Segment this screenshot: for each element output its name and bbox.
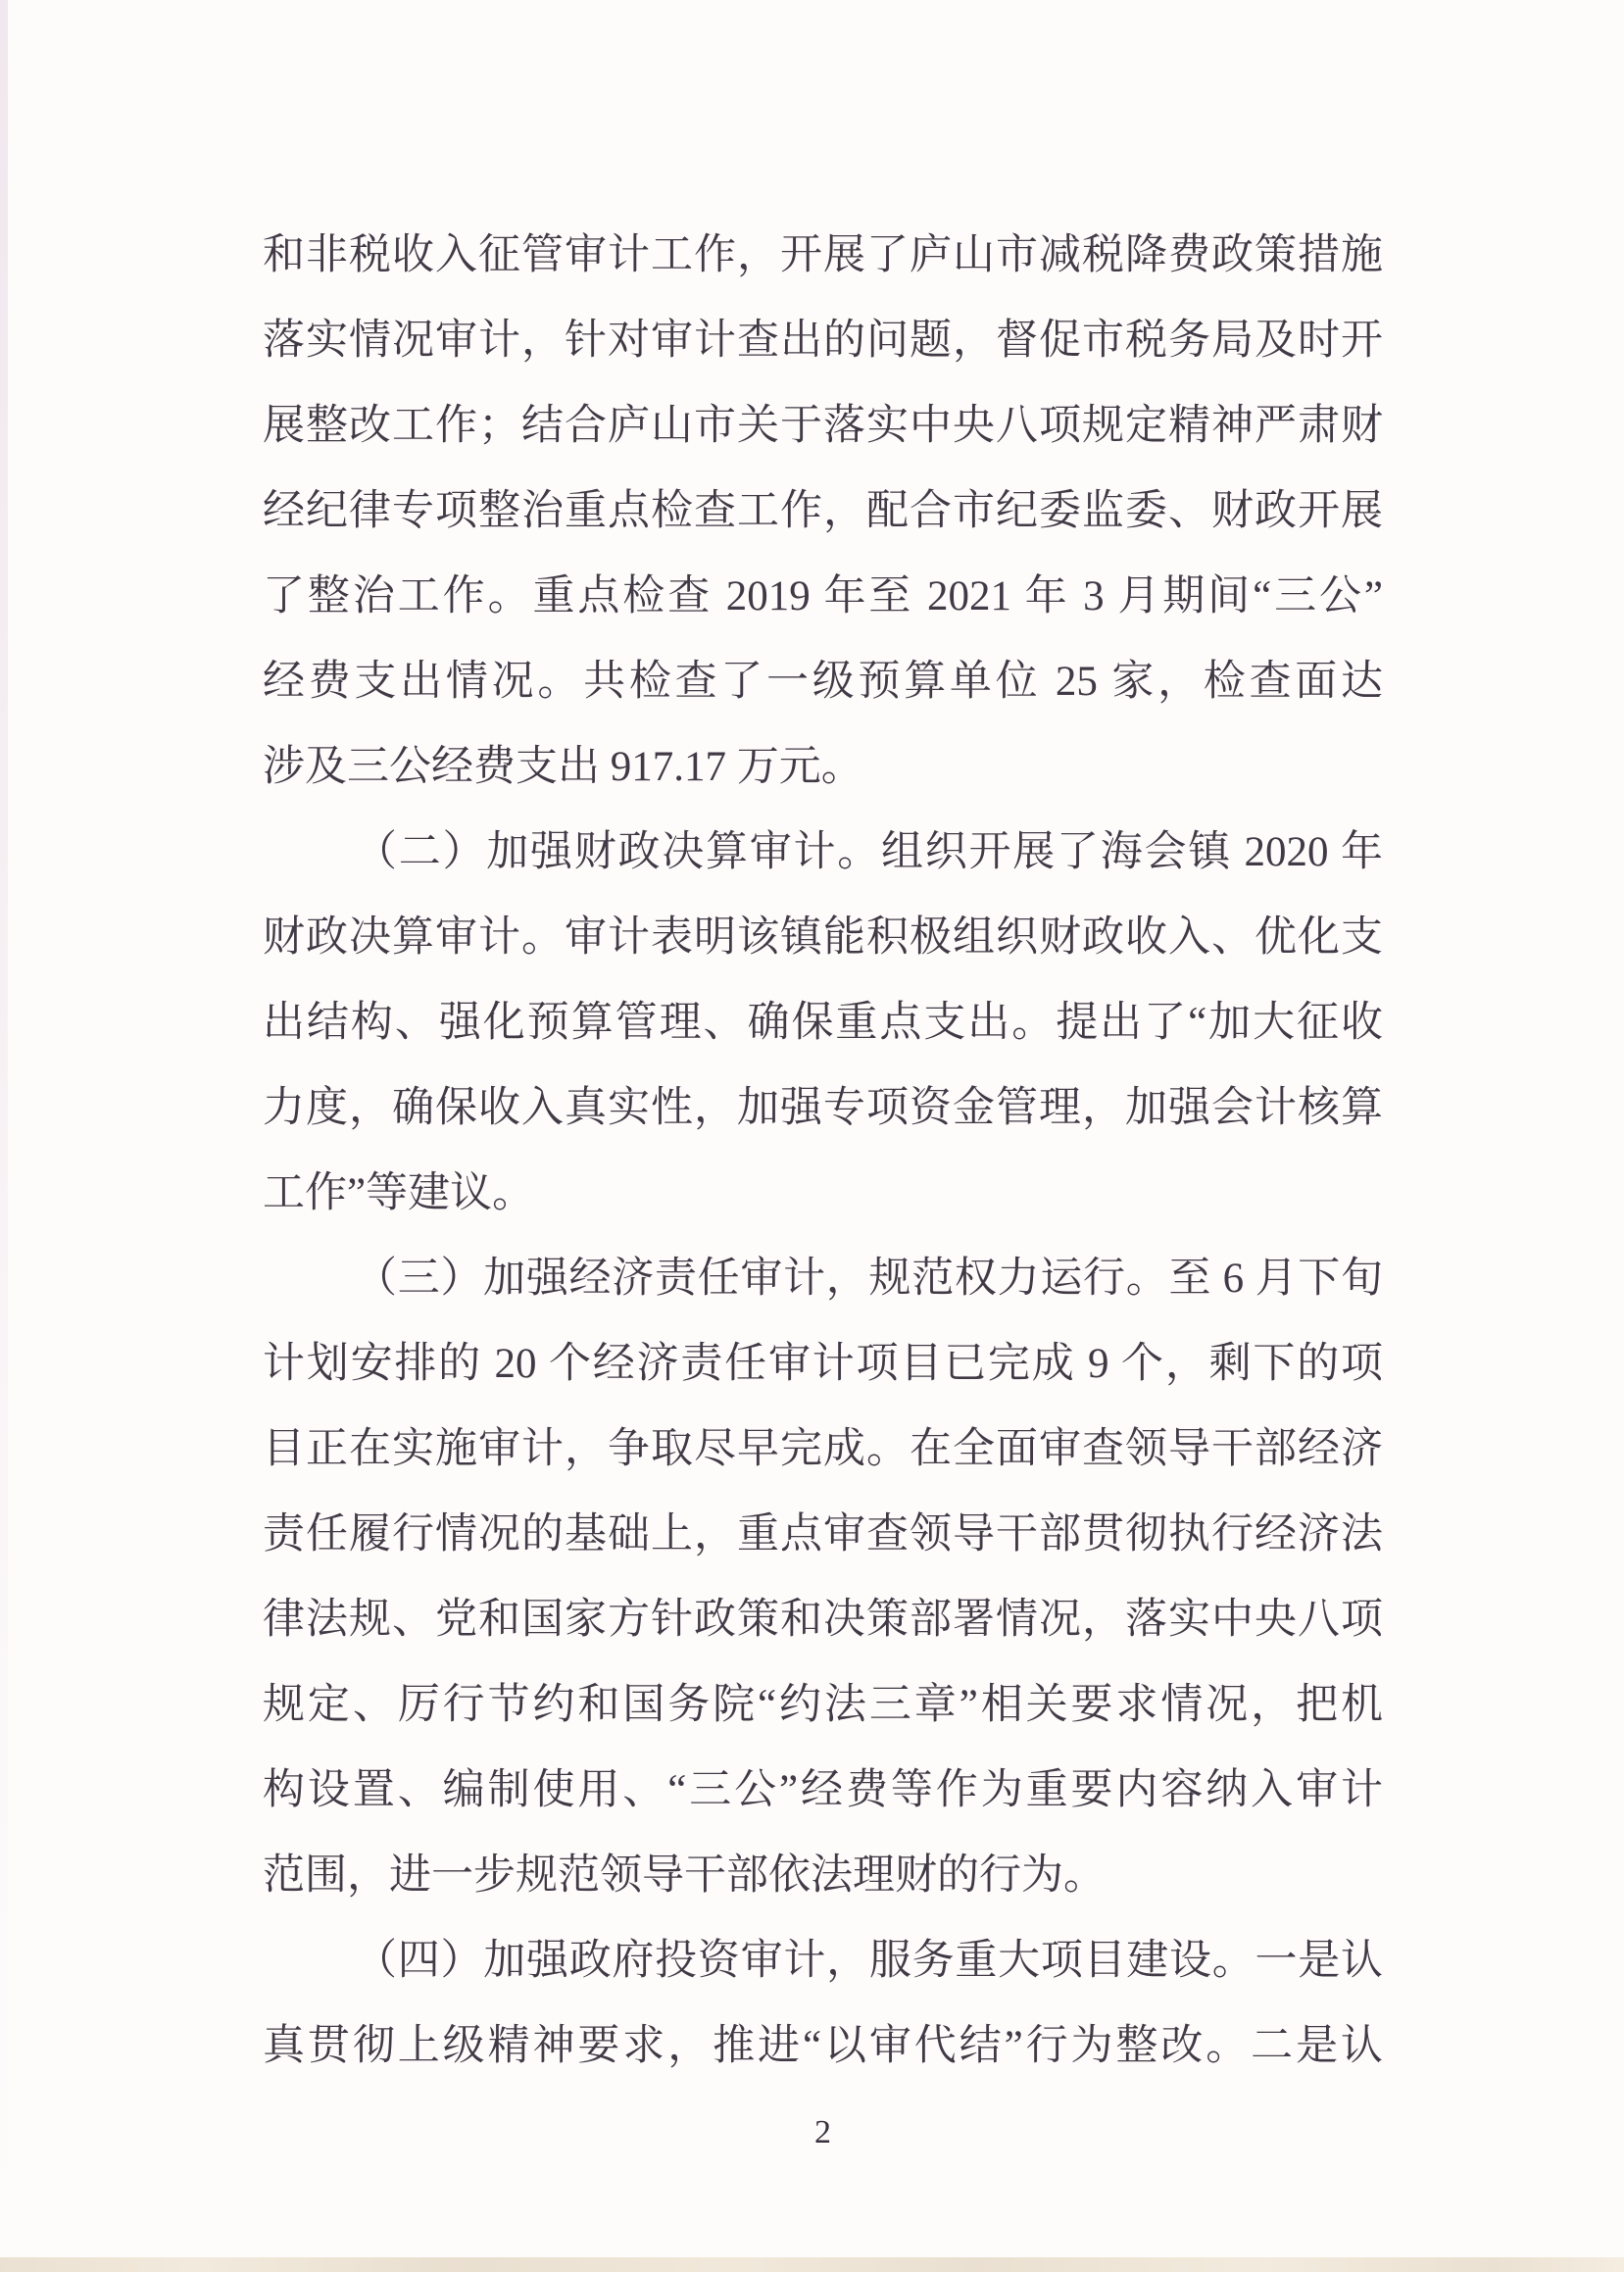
body-line: 和非税收入征管审计工作，开展了庐山市减税降费政策措施: [263, 213, 1383, 298]
body-line: 目正在实施审计，争取尽早完成。在全面审查领导干部经济: [263, 1407, 1383, 1492]
body-line: （二）加强财政决算审计。组织开展了海会镇 2020 年度: [263, 810, 1383, 895]
document-page: 和非税收入征管审计工作，开展了庐山市减税降费政策措施 落实情况审计，针对审计查出…: [0, 0, 1624, 2272]
scan-edge-artifact-left: [0, 0, 8, 2272]
scan-edge-artifact-bottom: [0, 2257, 1624, 2272]
document-body: 和非税收入征管审计工作，开展了庐山市减税降费政策措施 落实情况审计，针对审计查出…: [263, 213, 1383, 2089]
body-line: 经纪律专项整治重点检查工作，配合市纪委监委、财政开展: [263, 469, 1383, 554]
body-line: （三）加强经济责任审计，规范权力运行。至 6 月下旬: [263, 1236, 1383, 1321]
body-line: 出结构、强化预算管理、确保重点支出。提出了“加大征收: [263, 980, 1383, 1065]
body-line: （四）加强政府投资审计，服务重大项目建设。一是认: [263, 1918, 1383, 2003]
body-line: 规定、厉行节约和国务院“约法三章”相关要求情况，把机: [263, 1662, 1383, 1748]
body-line: 真贯彻上级精神要求，推进“以审代结”行为整改。二是认: [263, 2003, 1383, 2089]
body-line: 责任履行情况的基础上，重点审查领导干部贯彻执行经济法: [263, 1492, 1383, 1577]
body-line: 力度，确保收入真实性，加强专项资金管理，加强会计核算: [263, 1065, 1383, 1151]
body-line: 工作”等建议。: [263, 1151, 1383, 1236]
body-line: 了整治工作。重点检查 2019 年至 2021 年 3 月期间“三公”: [263, 554, 1383, 639]
body-line: 落实情况审计，针对审计查出的问题，督促市税务局及时开: [263, 298, 1383, 383]
page-number: 2: [263, 2105, 1383, 2160]
body-line: 律法规、党和国家方针政策和决策部署情况，落实中央八项: [263, 1577, 1383, 1662]
body-line: 涉及三公经费支出 917.17 万元。: [263, 724, 1383, 810]
body-line: 展整改工作；结合庐山市关于落实中央八项规定精神严肃财: [263, 383, 1383, 469]
body-line: 构设置、编制使用、“三公”经费等作为重要内容纳入审计: [263, 1748, 1383, 1833]
body-line: 计划安排的 20 个经济责任审计项目已完成 9 个，剩下的项: [263, 1321, 1383, 1407]
body-line: 范围，进一步规范领导干部依法理财的行为。: [263, 1833, 1383, 1918]
body-line: 财政决算审计。审计表明该镇能积极组织财政收入、优化支: [263, 895, 1383, 980]
body-line: 经费支出情况。共检查了一级预算单位 25 家，检查面达 31%、: [263, 639, 1383, 724]
